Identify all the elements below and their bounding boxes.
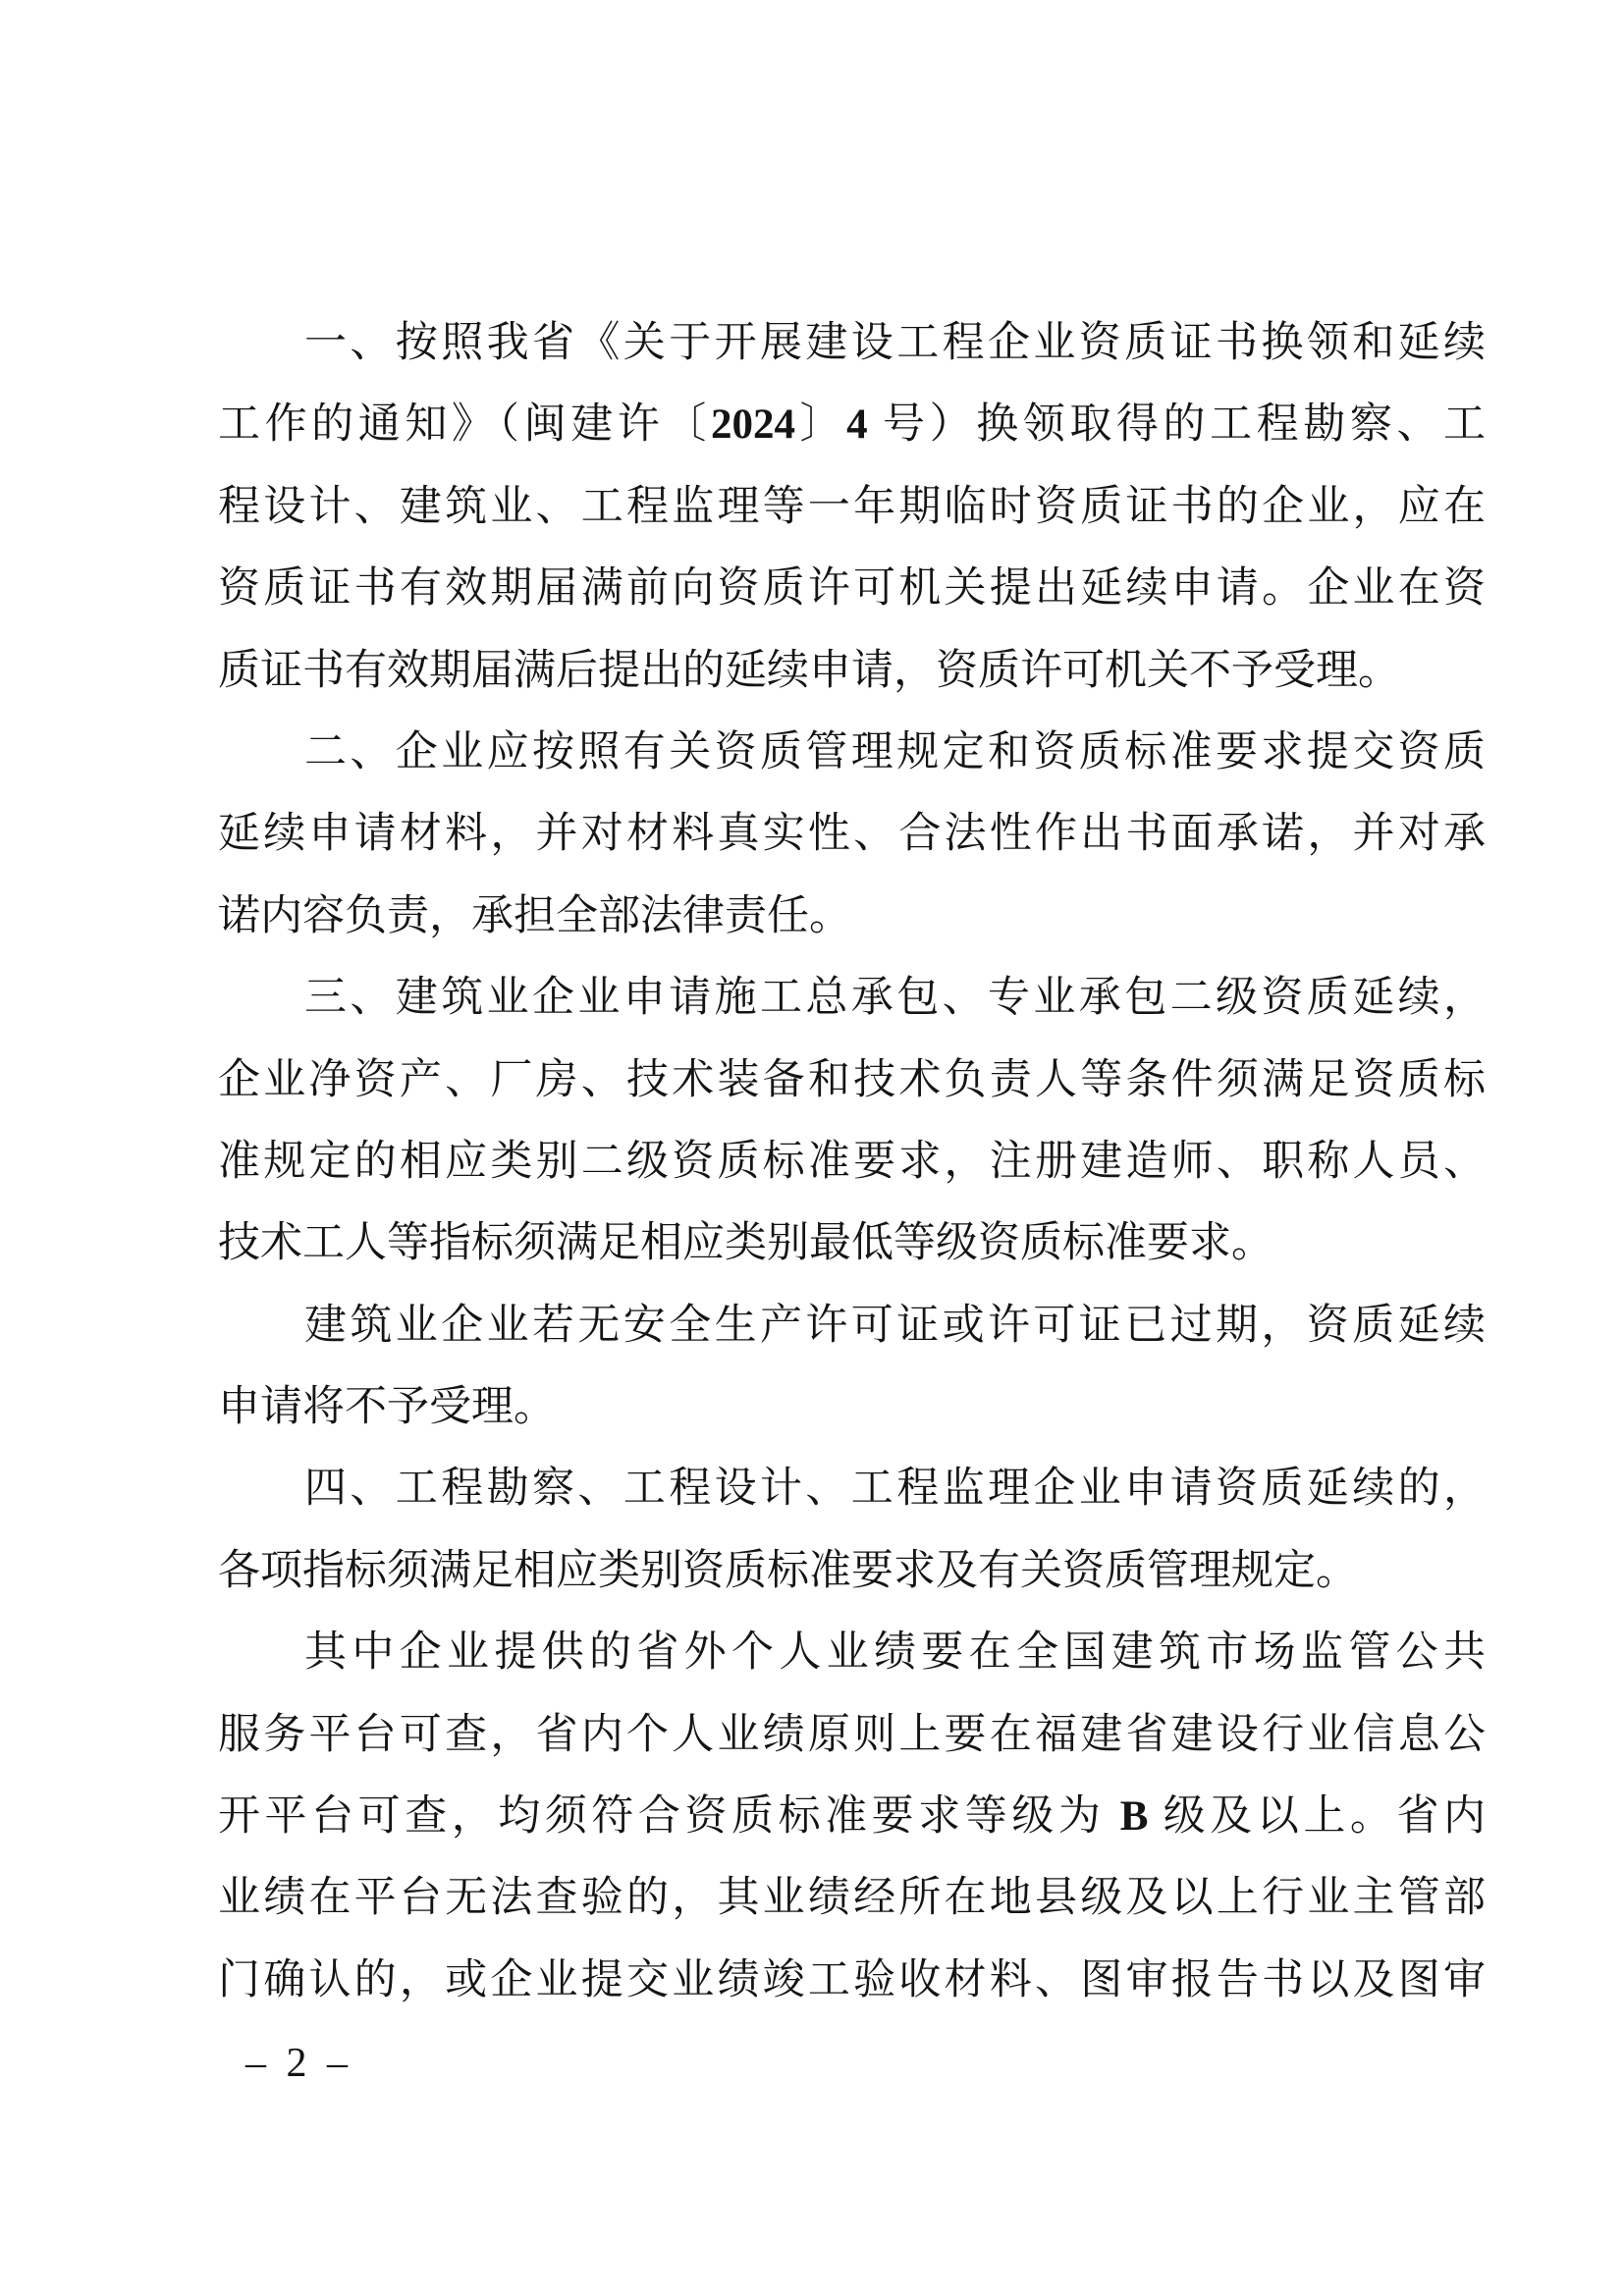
- doc-ref-year: 2024: [711, 401, 795, 448]
- doc-line: 诺内容负责，承担全部法律责任。: [218, 876, 1486, 957]
- doc-ref-issue-number: 4: [846, 401, 868, 448]
- document-body: 一、按照我省《关于开展建设工程企业资质证书换领和延续 工作的通知》（闽建许〔20…: [218, 302, 1486, 2021]
- doc-line: 程设计、建筑业、工程监理等一年期临时资质证书的企业，应在: [218, 466, 1486, 548]
- doc-line: 延续申请材料，并对材料真实性、合法性作出书面承诺，并对承: [218, 793, 1486, 875]
- grade-requirement-prefix: 开平台可查，均须符合资质标准要求等级为: [218, 1793, 1120, 1840]
- doc-ref-bracket: 〕: [795, 401, 846, 448]
- doc-line: 二、企业应按照有关资质管理规定和资质标准要求提交资质: [218, 712, 1486, 793]
- doc-line: 技术工人等指标须满足相应类别最低等级资质标准要求。: [218, 1202, 1486, 1284]
- doc-line: 业绩在平台无法查验的，其业绩经所在地县级及以上行业主管部: [218, 1857, 1486, 1939]
- doc-line: 三、建筑业企业申请施工总承包、专业承包二级资质延续，: [218, 957, 1486, 1039]
- page-number: – 2 –: [245, 2038, 352, 2089]
- doc-line: 一、按照我省《关于开展建设工程企业资质证书换领和延续: [218, 302, 1486, 384]
- document-page: 一、按照我省《关于开展建设工程企业资质证书换领和延续 工作的通知》（闽建许〔20…: [0, 0, 1624, 2296]
- doc-line: 工作的通知》（闽建许〔2024〕4 号）换领取得的工程勘察、工: [218, 384, 1486, 465]
- doc-line: 四、工程勘察、工程设计、工程监理企业申请资质延续的，: [218, 1448, 1486, 1529]
- doc-line: 申请将不予受理。: [218, 1366, 1486, 1448]
- doc-line: 准规定的相应类别二级资质标准要求，注册建造师、职称人员、: [218, 1121, 1486, 1202]
- doc-line: 质证书有效期届满后提出的延续申请，资质许可机关不予受理。: [218, 630, 1486, 712]
- doc-line: 企业净资产、厂房、技术装备和技术负责人等条件须满足资质标: [218, 1040, 1486, 1121]
- doc-line: 开平台可查，均须符合资质标准要求等级为 B 级及以上。省内: [218, 1776, 1486, 1857]
- doc-line: 其中企业提供的省外个人业绩要在全国建筑市场监管公共: [218, 1612, 1486, 1693]
- doc-line: 门确认的，或企业提交业绩竣工验收材料、图审报告书以及图审: [218, 1940, 1486, 2021]
- doc-line: 资质证书有效期届满前向资质许可机关提出延续申请。企业在资: [218, 548, 1486, 629]
- grade-letter: B: [1120, 1793, 1149, 1840]
- doc-ref-prefix: 工作的通知》（闽建许〔: [218, 401, 711, 448]
- doc-ref-suffix: 号）换领取得的工程勘察、工: [868, 401, 1486, 448]
- grade-requirement-suffix: 级及以上。省内: [1148, 1793, 1486, 1840]
- doc-line: 服务平台可查，省内个人业绩原则上要在福建省建设行业信息公: [218, 1694, 1486, 1776]
- doc-line: 建筑业企业若无安全生产许可证或许可证已过期，资质延续: [218, 1285, 1486, 1366]
- doc-line: 各项指标须满足相应类别资质标准要求及有关资质管理规定。: [218, 1530, 1486, 1612]
